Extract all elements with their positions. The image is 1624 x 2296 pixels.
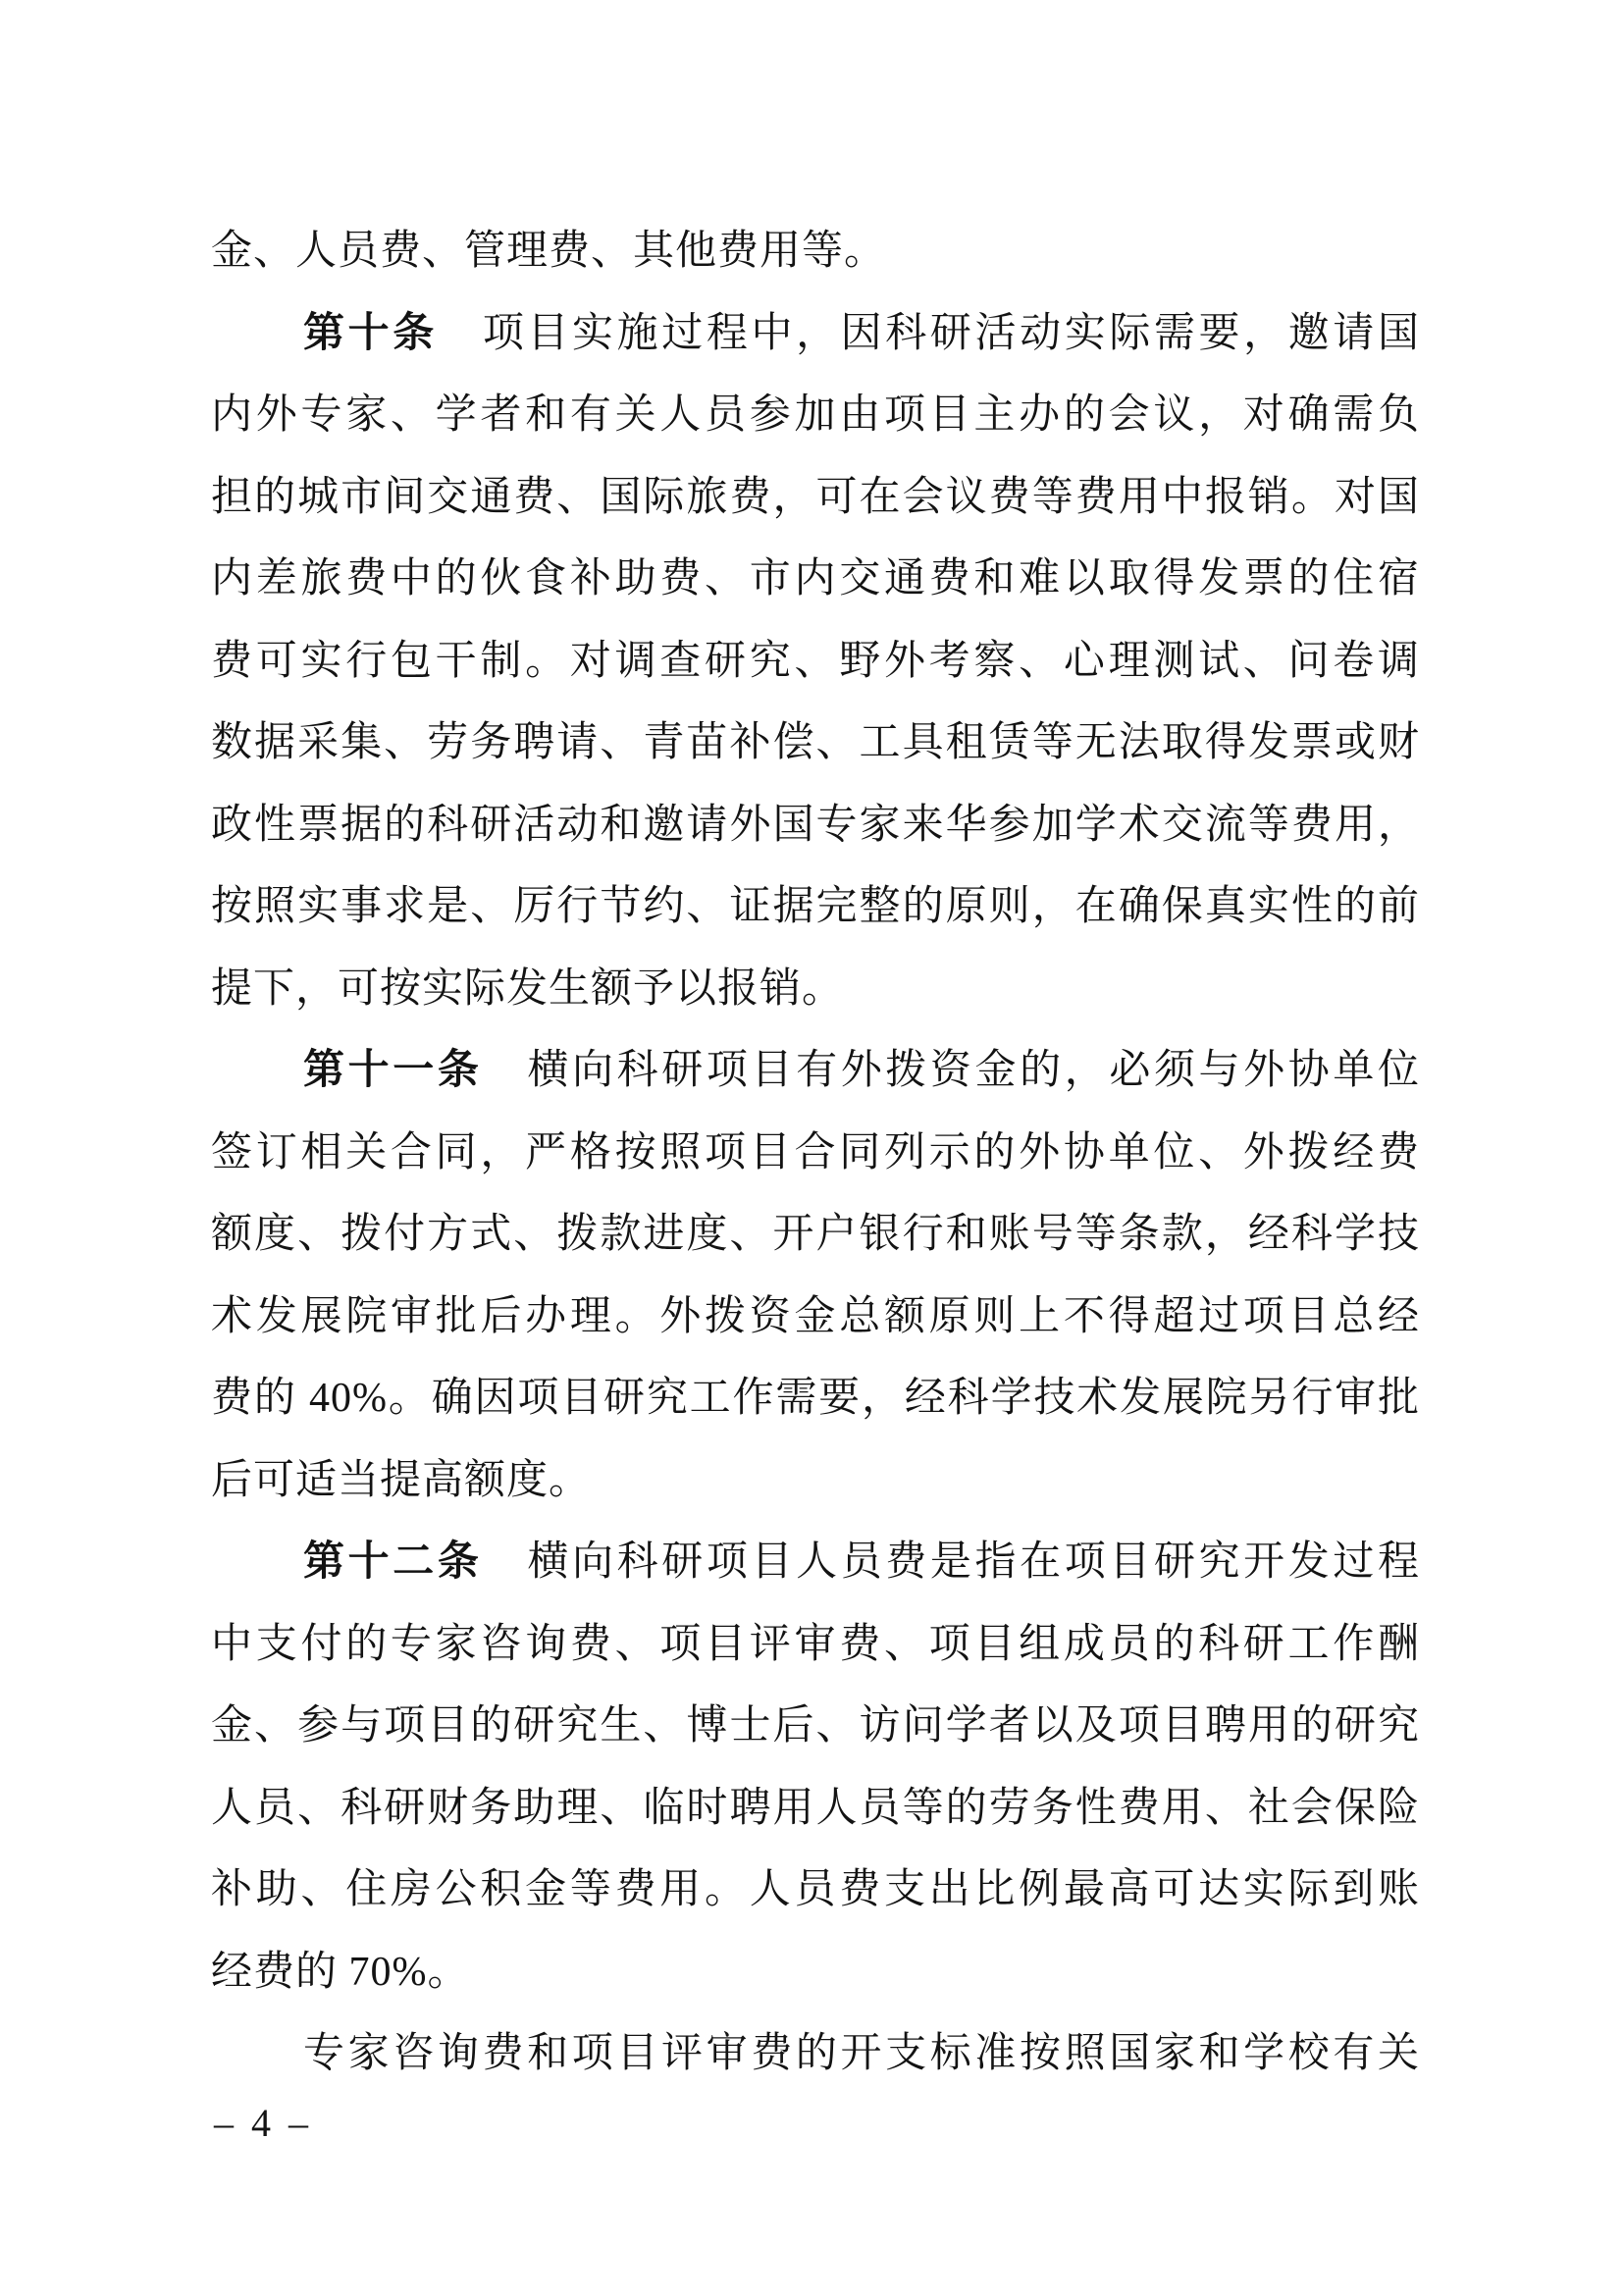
text-line: 专家咨询费和项目评审费的开支标准按照国家和学校有关 <box>211 2013 1420 2096</box>
text-line: 费的 40%。确因项目研究工作需要，经科学技术发展院另行审批 <box>211 1358 1420 1440</box>
text-line: 第十二条横向科研项目人员费是指在项目研究开发过程 <box>211 1522 1420 1604</box>
line-text: 项目实施过程中，因科研活动实际需要，邀请国 <box>483 311 1420 356</box>
page-number: – 4 – <box>214 2100 312 2146</box>
text-line: 数据采集、劳务聘请、青苗补偿、工具租赁等无法取得发票或财 <box>211 703 1420 785</box>
text-line: 额度、拨付方式、拨款进度、开户银行和账号等条款，经科学技 <box>211 1194 1420 1277</box>
text-line: 第十一条横向科研项目有外拨资金的，必须与外协单位 <box>211 1030 1420 1113</box>
text-line: 人员、科研财务助理、临时聘用人员等的劳务性费用、社会保险 <box>211 1768 1420 1851</box>
text-line: 内外专家、学者和有关人员参加由项目主办的会议，对确需负 <box>211 375 1420 457</box>
text-line: 第十条项目实施过程中，因科研活动实际需要，邀请国 <box>211 293 1420 376</box>
text-line: 担的城市间交通费、国际旅费，可在会议费等费用中报销。对国 <box>211 457 1420 540</box>
text-line: 金、人员费、管理费、其他费用等。 <box>211 211 1420 293</box>
text-line: 中支付的专家咨询费、项目评审费、项目组成员的科研工作酬 <box>211 1604 1420 1687</box>
article-heading: 第十二条 <box>303 1539 482 1585</box>
article-heading: 第十条 <box>303 311 438 356</box>
text-line: 费可实行包干制。对调查研究、野外考察、心理测试、问卷调查、 <box>211 621 1420 704</box>
document-page: 金、人员费、管理费、其他费用等。 第十条项目实施过程中，因科研活动实际需要，邀请… <box>0 0 1624 2296</box>
text-line: 术发展院审批后办理。外拨资金总额原则上不得超过项目总经 <box>211 1277 1420 1359</box>
text-line: 提下，可按实际发生额予以报销。 <box>211 949 1420 1031</box>
text-line: 签订相关合同，严格按照项目合同列示的外协单位、外拨经费 <box>211 1113 1420 1195</box>
text-line: 政性票据的科研活动和邀请外国专家来华参加学术交流等费用， <box>211 785 1420 867</box>
line-text: 横向科研项目人员费是指在项目研究开发过程 <box>527 1539 1420 1585</box>
text-line: 按照实事求是、厉行节约、证据完整的原则，在确保真实性的前 <box>211 866 1420 949</box>
article-heading: 第十一条 <box>303 1048 482 1093</box>
document-body: 金、人员费、管理费、其他费用等。 第十条项目实施过程中，因科研活动实际需要，邀请… <box>211 211 1420 2096</box>
line-text: 横向科研项目有外拨资金的，必须与外协单位 <box>527 1048 1420 1093</box>
text-line: 金、参与项目的研究生、博士后、访问学者以及项目聘用的研究 <box>211 1686 1420 1768</box>
text-line: 经费的 70%。 <box>211 1932 1420 2014</box>
text-line: 内差旅费中的伙食补助费、市内交通费和难以取得发票的住宿 <box>211 539 1420 621</box>
text-line: 补助、住房公积金等费用。人员费支出比例最高可达实际到账 <box>211 1850 1420 1932</box>
text-line: 后可适当提高额度。 <box>211 1440 1420 1523</box>
